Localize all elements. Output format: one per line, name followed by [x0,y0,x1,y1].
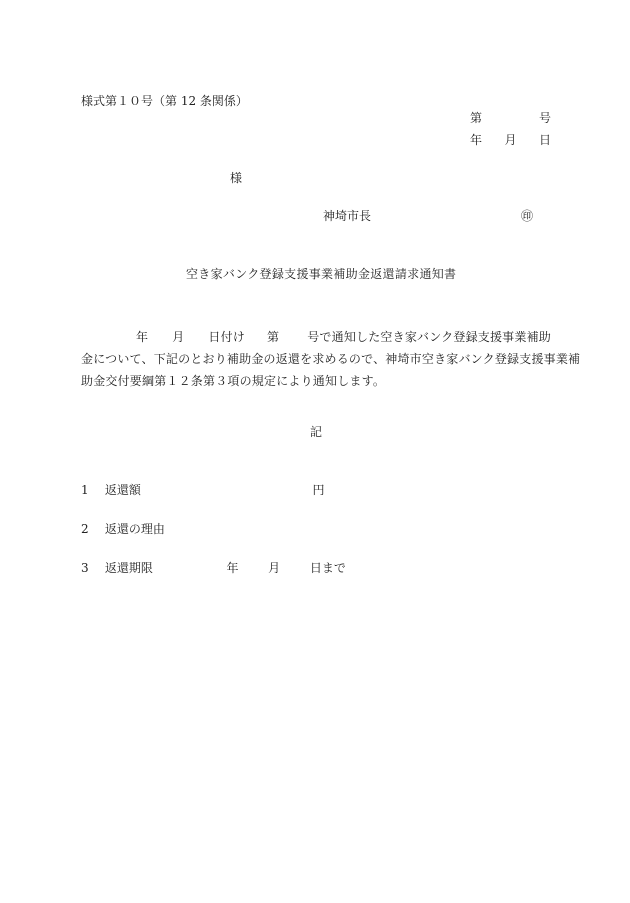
item-refund-deadline: 3 返還期限 年 月 日まで [81,561,346,575]
addressee-suffix: 様 [230,171,242,185]
date-month: 月 [504,133,516,147]
body-line-3: 助金交付要綱第１２条第３項の規定により通知します。 [81,370,551,392]
deadline-day: 日まで [310,561,346,575]
ref-prefix: 第 [470,111,482,125]
issue-date: 年 月 日 [470,133,551,147]
notice-body: 年月日付け第号で通知した空き家バンク登録支援事業補助 金について、下記のとおり補… [81,326,551,392]
deadline-year: 年 [227,561,239,575]
body-line-2: 金について、下記のとおり補助金の返還を求めるので、神埼市空き家バンク登録支援事業… [81,348,551,370]
seal-mark: ㊞ [521,209,533,223]
item-refund-amount: 1 返還額 円 [81,483,325,497]
item-unit-yen: 円 [313,483,325,497]
form-number-label: 様式第１０号（第 12 条関係） [81,94,248,108]
item-label: 返還期限 [105,561,153,575]
date-day: 日 [539,133,551,147]
document-page: 様式第１０号（第 12 条関係） 第 号 年 月 日 様 神埼市長 ㊞ 空き家バ… [0,0,630,903]
document-title: 空き家バンク登録支援事業補助金返還請求通知書 [186,267,456,281]
date-year: 年 [470,133,482,147]
ki-heading: 記 [310,425,322,439]
body-line-1: 年月日付け第号で通知した空き家バンク登録支援事業補助 [81,326,551,348]
item-refund-reason: 2 返還の理由 [81,522,165,536]
item-label: 返還の理由 [105,522,165,536]
item-label: 返還額 [105,483,141,497]
ref-suffix: 号 [539,111,551,125]
sender-name: 神埼市長 [323,209,371,223]
deadline-month: 月 [268,561,280,575]
reference-number: 第 号 [470,111,551,125]
